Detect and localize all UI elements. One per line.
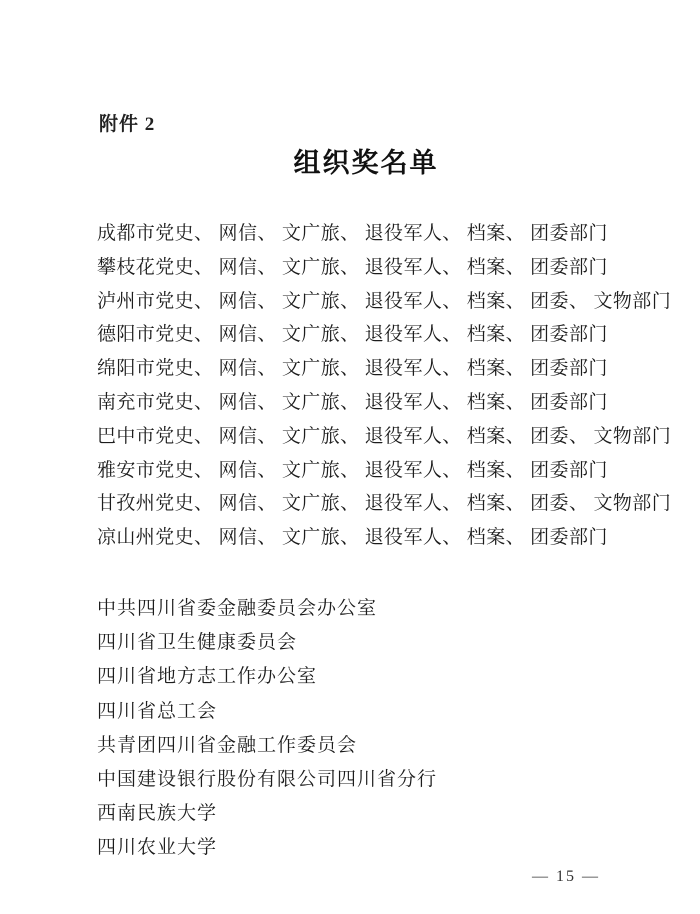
organization-line: 共青团四川省金融工作委员会 [97, 729, 642, 763]
organization-award-list: 中共四川省委金融委员会办公室 四川省卫生健康委员会 四川省地方志工作办公室 四川… [97, 592, 642, 866]
department-line: 雅安市党史、 网信、 文广旅、 退役军人、 档案、 团委部门 [97, 454, 642, 488]
organization-line: 四川省地方志工作办公室 [97, 660, 642, 694]
department-line: 凉山州党史、 网信、 文广旅、 退役军人、 档案、 团委部门 [97, 521, 642, 555]
organization-line: 中国建设银行股份有限公司四川省分行 [97, 763, 642, 797]
department-line: 泸州市党史、 网信、 文广旅、 退役军人、 档案、 团委、 文物部门 [97, 285, 642, 319]
department-line: 巴中市党史、 网信、 文广旅、 退役军人、 档案、 团委、 文物部门 [97, 420, 642, 454]
document-title: 组织奖名单 [97, 141, 635, 180]
department-award-list: 成都市党史、 网信、 文广旅、 退役军人、 档案、 团委部门 攀枝花党史、 网信… [97, 217, 642, 555]
department-line: 德阳市党史、 网信、 文广旅、 退役军人、 档案、 团委部门 [97, 318, 642, 352]
attachment-label: 附件 2 [99, 109, 155, 136]
department-line: 甘孜州党史、 网信、 文广旅、 退役军人、 档案、 团委、 文物部门 [97, 487, 642, 521]
organization-line: 中共四川省委金融委员会办公室 [97, 592, 642, 626]
page-number: — 15 — [0, 868, 600, 886]
organization-line: 西南民族大学 [97, 797, 642, 831]
organization-line: 四川省总工会 [97, 695, 642, 729]
department-line: 成都市党史、 网信、 文广旅、 退役军人、 档案、 团委部门 [97, 217, 642, 251]
organization-line: 四川农业大学 [97, 831, 642, 865]
organization-line: 四川省卫生健康委员会 [97, 626, 642, 660]
department-line: 南充市党史、 网信、 文广旅、 退役军人、 档案、 团委部门 [97, 386, 642, 420]
department-line: 绵阳市党史、 网信、 文广旅、 退役军人、 档案、 团委部门 [97, 352, 642, 386]
department-line: 攀枝花党史、 网信、 文广旅、 退役军人、 档案、 团委部门 [97, 251, 642, 285]
document-page: 附件 2 组织奖名单 成都市党史、 网信、 文广旅、 退役军人、 档案、 团委部… [0, 0, 700, 914]
